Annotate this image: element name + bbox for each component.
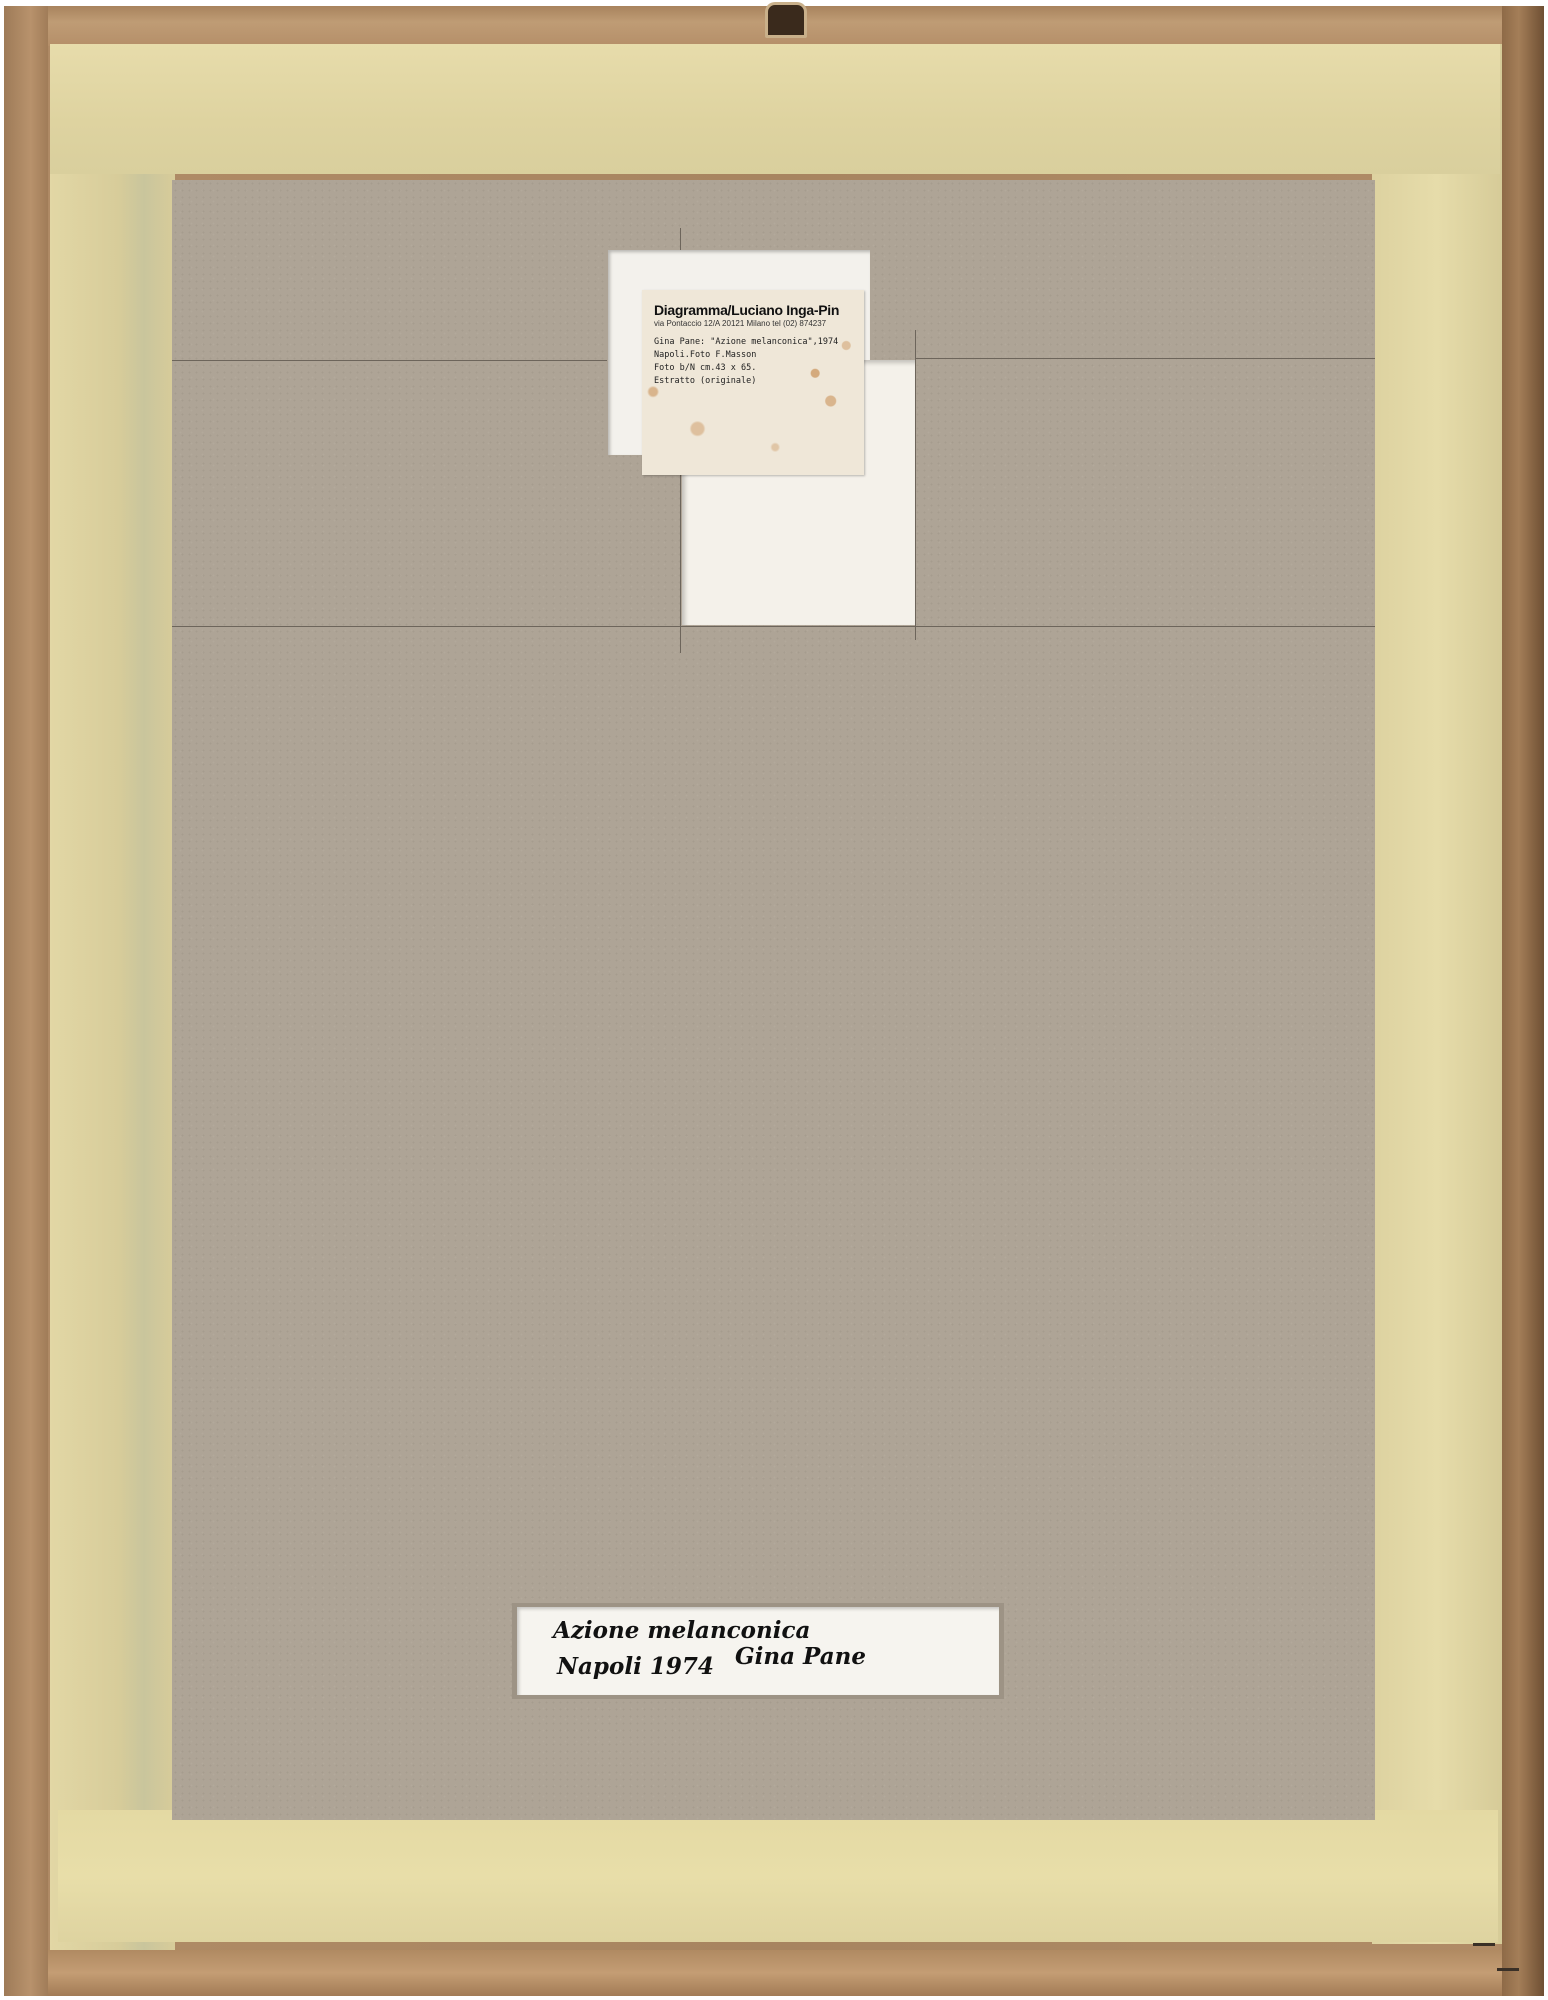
inscription-place-year: Napoli 1974 [557,1653,714,1680]
gallery-name: Diagramma/Luciano Inga-Pin [654,302,856,318]
frame-bottom-rail [4,1950,1544,1996]
masking-tape-right [1372,44,1502,1944]
artist-signature: Gina Pane [735,1643,866,1670]
pencil-line [172,626,1375,627]
label-line-place: Napoli.Foto F.Masson [654,349,856,362]
frame-right-rail [1502,6,1544,1996]
pencil-line [915,358,1375,359]
nail-icon [1473,1943,1495,1946]
masking-tape-top [50,44,1500,174]
masking-tape-bottom [58,1810,1498,1942]
pencil-line [172,360,607,361]
masking-tape-left [50,50,175,1950]
label-line-title: Gina Pane: "Azione melanconica",1974 [654,336,856,349]
frame-left-rail [4,6,48,1996]
label-line-dimensions: Foto b/N cm.43 x 65. [654,362,856,375]
inscription-title: Azione melanconica [553,1617,810,1644]
pencil-line [915,330,916,640]
hanger-hook-icon [765,2,807,38]
label-line-edition: Estratto (originale) [654,375,856,388]
gallery-label: Diagramma/Luciano Inga-Pin via Pontaccio… [642,290,864,475]
handwritten-inscription: Azione melanconica Napoli 1974 Gina Pane [517,1607,999,1695]
gallery-address: via Pontaccio 12/A 20121 Milano tel (02)… [654,319,856,328]
nail-icon [1497,1968,1519,1971]
